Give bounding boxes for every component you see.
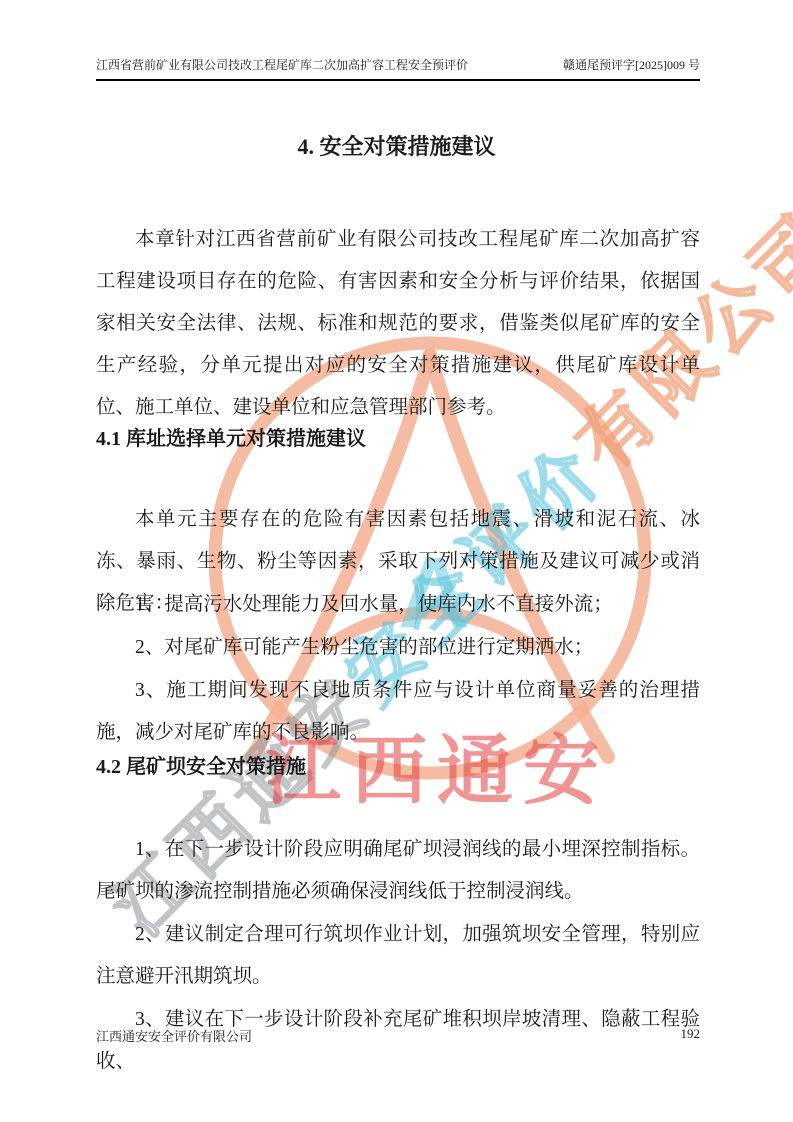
page-footer: 江西通安安全评价有限公司 192: [96, 1026, 700, 1045]
document-page: 江西通安安全评价有限公司 A 江西通安 江西省营前矿业有限公司技改工程尾矿库二次…: [0, 0, 793, 1122]
section-4-2-item-2: 2、建议制定合理可行筑坝作业计划，加强筑坝安全管理，特别应注意避开汛期筑坝。: [96, 914, 700, 998]
chapter-title: 4. 安全对策措施建议: [0, 130, 793, 161]
page-header: 江西省营前矿业有限公司技改工程尾矿库二次加高扩容工程安全预评价 赣通尾预评字[2…: [96, 56, 700, 81]
footer-company-name: 江西通安安全评价有限公司: [96, 1026, 252, 1045]
header-doc-title: 江西省营前矿业有限公司技改工程尾矿库二次加高扩容工程安全预评价: [96, 56, 468, 73]
section-heading-4-1: 4.1 库址选择单元对策措施建议: [96, 426, 700, 452]
section-heading-4-2: 4.2 尾矿坝安全对策措施: [96, 754, 700, 780]
intro-paragraph: 本章针对江西省营前矿业有限公司技改工程尾矿库二次加高扩容工程建设项目存在的危险、…: [96, 219, 700, 429]
section-4-1-item-3: 3、施工期间发现不良地质条件应与设计单位商量妥善的治理措施，减少对尾矿库的不良影…: [96, 670, 700, 754]
document-content: 江西省营前矿业有限公司技改工程尾矿库二次加高扩容工程安全预评价 赣通尾预评字[2…: [0, 0, 793, 1122]
page-number: 192: [681, 1026, 701, 1045]
section-4-1-item-2: 2、对尾矿库可能产生粉尘危害的部位进行定期洒水；: [96, 627, 700, 669]
section-4-1-item-1: 1、提高污水处理能力及回水量，使库内水不直接外流；: [96, 584, 700, 626]
section-4-2-item-1: 1、在下一步设计阶段应明确尾矿坝浸润线的最小埋深控制指标。尾矿坝的渗流控制措施必…: [96, 829, 700, 913]
header-doc-number: 赣通尾预评字[2025]009 号: [563, 56, 700, 73]
